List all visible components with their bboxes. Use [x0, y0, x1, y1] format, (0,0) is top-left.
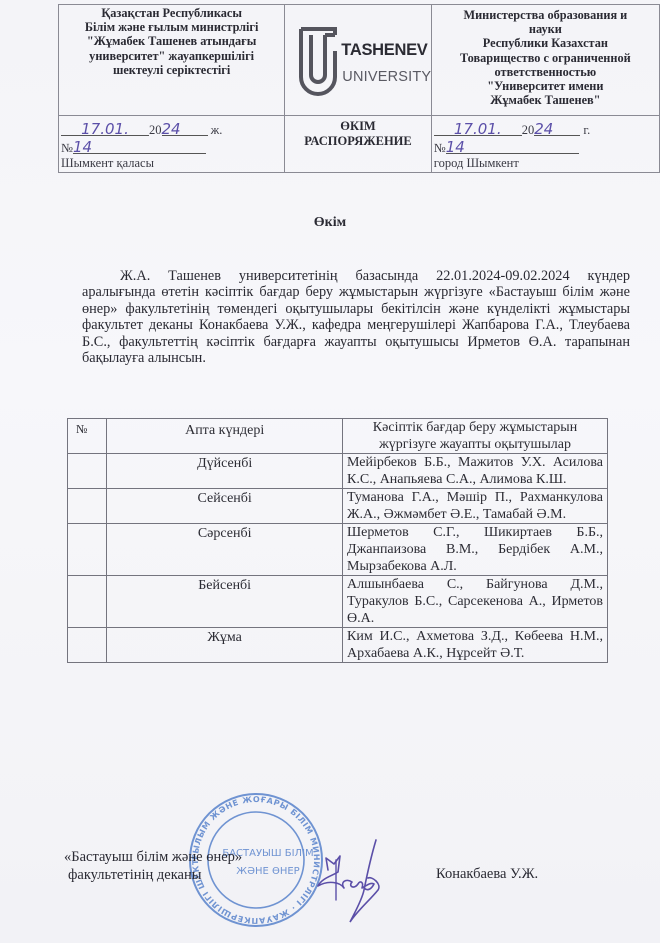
- day-cell: Жұма: [107, 628, 343, 663]
- table-row: Сәрсенбі Шерметов С.Г., Шикиртаев Б.Б., …: [68, 524, 608, 576]
- order-paragraph: Ж.А. Ташенев университетінің базасында 2…: [82, 268, 630, 366]
- university-logo: TASHENEV UNIVERSITY: [285, 5, 430, 115]
- logo-cell: TASHENEV UNIVERSITY: [285, 5, 431, 116]
- responsible-cell: Ким И.С., Ахметова З.Д., Көбеева Н.М., А…: [343, 628, 608, 663]
- table-row: Дүйсенбі Мейірбеков Б.Б., Мажитов У.Х. А…: [68, 454, 608, 489]
- org-ru-cell: Министерства образования и науки Республ…: [431, 5, 659, 116]
- day-cell: Бейсенбі: [107, 576, 343, 628]
- ru-order-number: №14: [434, 138, 579, 156]
- ru-date-day-month: 17.01.: [434, 120, 522, 136]
- responsible-cell: Туманова Г.А., Мәшір П., Рахманкулова Ж.…: [343, 489, 608, 524]
- kz-date-cell: 17.01.2024 ж. №14 Шымкент қаласы: [59, 116, 285, 173]
- table-row: Жұма Ким И.С., Ахметова З.Д., Көбеева Н.…: [68, 628, 608, 663]
- ru-city: город Шымкент: [434, 156, 519, 171]
- schedule-table: № Апта күндері Кәсіптік бағдар беру жұмы…: [67, 418, 608, 663]
- responsible-cell: Алшынбаева С., Байгунова Д.М., Туракулов…: [343, 576, 608, 628]
- tashenev-logo-icon: [298, 25, 338, 107]
- order-type-kz: ӨКІМ: [285, 119, 430, 134]
- schedule-header-row: № Апта күндері Кәсіптік бағдар беру жұмы…: [68, 419, 608, 454]
- kz-order-number: №14: [61, 138, 206, 156]
- signature-icon: [310, 830, 400, 930]
- table-row: Сейсенбі Туманова Г.А., Мәшір П., Рахман…: [68, 489, 608, 524]
- org-name-ru: Министерства образования и науки Республ…: [432, 5, 659, 107]
- svg-text:ЖӘНЕ ӨНЕР: ЖӘНЕ ӨНЕР: [236, 866, 299, 877]
- order-type-cell: ӨКІМ РАСПОРЯЖЕНИЕ: [285, 116, 431, 173]
- col-header-responsible: Кәсіптік бағдар беру жұмыстарын жүргізуг…: [343, 419, 608, 454]
- kz-date: 17.01.2024 ж.: [61, 120, 222, 138]
- kz-city: Шымкент қаласы: [61, 156, 154, 171]
- col-header-number: №: [68, 419, 107, 454]
- org-name-kz: Қазақстан Республикасы Білім және ғылым …: [59, 5, 284, 77]
- letterhead: Қазақстан Республикасы Білім және ғылым …: [58, 4, 660, 173]
- day-cell: Сейсенбі: [107, 489, 343, 524]
- logo-subtitle: UNIVERSITY: [342, 69, 431, 85]
- org-kz-cell: Қазақстан Республикасы Білім және ғылым …: [59, 5, 285, 116]
- signatory-name: Конакбаева У.Ж.: [436, 866, 538, 883]
- responsible-cell: Мейірбеков Б.Б., Мажитов У.Х. Асилова К.…: [343, 454, 608, 489]
- day-cell: Сәрсенбі: [107, 524, 343, 576]
- table-row: Бейсенбі Алшынбаева С., Байгунова Д.М., …: [68, 576, 608, 628]
- document-page: Қазақстан Республикасы Білім және ғылым …: [0, 0, 660, 943]
- ru-date-year: 24: [534, 120, 580, 136]
- ru-date: 17.01.2024 г.: [434, 120, 590, 138]
- signatory-title: «Бастауыш білім және өнер» факультетінің…: [64, 848, 242, 884]
- kz-date-day-month: 17.01.: [61, 120, 149, 136]
- order-type-ru: РАСПОРЯЖЕНИЕ: [285, 134, 430, 149]
- order-text: Ж.А. Ташенев университетінің базасында 2…: [82, 268, 630, 366]
- ru-date-cell: 17.01.2024 г. №14 город Шымкент: [431, 116, 659, 173]
- responsible-cell: Шерметов С.Г., Шикиртаев Б.Б., Джанпаизо…: [343, 524, 608, 576]
- col-header-day: Апта күндері: [107, 419, 343, 454]
- kz-date-year: 24: [162, 120, 208, 136]
- day-cell: Дүйсенбі: [107, 454, 343, 489]
- document-title: Өкім: [0, 215, 660, 231]
- logo-wordmark: TASHENEV: [341, 41, 427, 60]
